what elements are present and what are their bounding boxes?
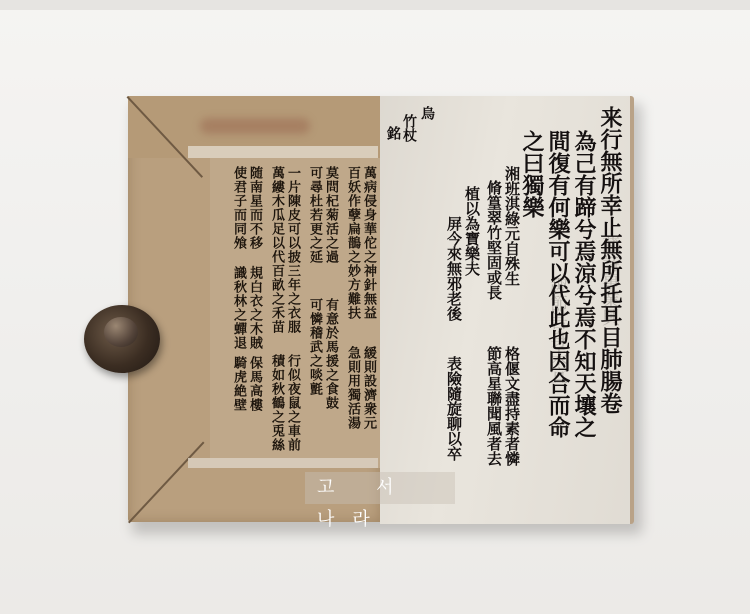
- text-column: 急則用獨活湯: [345, 346, 360, 430]
- text-column: 莫問杞菊活之過: [323, 166, 338, 264]
- text-column: 積如秋鶴之兎絲: [269, 354, 284, 452]
- text-column: 屏今來無邪老後: [445, 216, 462, 321]
- text-column: 植以為寶樂夫: [463, 186, 480, 276]
- text-column: 節高星聯聞風者去: [485, 346, 502, 466]
- text-column: 表險隨旋聊以卒: [445, 356, 462, 461]
- text-column: 之曰獨樂: [520, 130, 544, 218]
- text-column: 来行無所幸止無所托耳目肺腸卷: [598, 106, 622, 414]
- text-column: 一片陳皮可以披三年之衣服: [285, 166, 300, 334]
- book-right-page: 蔵詩事業興 趣節吾身未宜 来行無所幸止無所托耳目肺腸卷 為己有蹄兮焉涼兮焉不知天…: [380, 96, 634, 524]
- text-column: 規白衣之木賊: [247, 266, 262, 350]
- text-column: 百妖作孽扁鵲之妙方難扶: [345, 166, 360, 320]
- table-edge: [0, 0, 750, 10]
- text-column: 萬縷木瓜足以代百畝之禾苗: [269, 166, 284, 334]
- left-inner-page: 萬病侵身華佗之神針無益 百妖作孽扁鵲之妙方難扶 緩則設濟衆元 急則用獨活湯 莫問…: [210, 158, 380, 468]
- flap-fold-line-bottom: [128, 442, 204, 524]
- cover-stain: [200, 118, 310, 134]
- paper-tape-bottom: [188, 458, 378, 468]
- text-column: 格偃文盡持素者憐: [503, 346, 520, 466]
- text-column: 為己有蹄兮焉涼兮焉不知天壤之: [572, 130, 596, 438]
- paper-tape-top: [188, 146, 378, 158]
- text-column: 可尋杜若更之延: [307, 166, 322, 264]
- text-column: 使君子而同飧: [231, 166, 246, 250]
- text-column: 有意於馬援之食鼓: [323, 298, 338, 410]
- watermark: 고 서 나라: [305, 472, 455, 504]
- knob-handle: [104, 317, 138, 347]
- text-column: 保馬高樓: [247, 356, 262, 412]
- text-column: 間復有何樂可以代此也因合而命: [546, 130, 570, 438]
- text-column: 識秋林之蟬退: [231, 266, 246, 350]
- text-column: 可憐稽武之啖氈: [307, 298, 322, 396]
- brass-weight-knob: [84, 305, 160, 373]
- title-label: 烏: [419, 106, 434, 120]
- text-column: 騎虎絶壁: [231, 356, 246, 412]
- text-column: 緩則設濟衆元: [361, 346, 376, 430]
- text-column: 脩篁翠竹堅固或長: [485, 180, 502, 300]
- text-column: 湘班淇綠元自殊生: [503, 166, 520, 286]
- text-column: 随南星而不移: [247, 166, 262, 250]
- title-label: 竹杖: [401, 114, 416, 142]
- text-column: 萬病侵身華佗之神針無益: [361, 166, 376, 320]
- book-left-cover: 萬病侵身華佗之神針無益 百妖作孽扁鵲之妙方難扶 緩則設濟衆元 急則用獨活湯 莫問…: [128, 96, 380, 522]
- text-column: 行似夜鼠之車前: [285, 354, 300, 452]
- title-label: 銘: [385, 126, 400, 140]
